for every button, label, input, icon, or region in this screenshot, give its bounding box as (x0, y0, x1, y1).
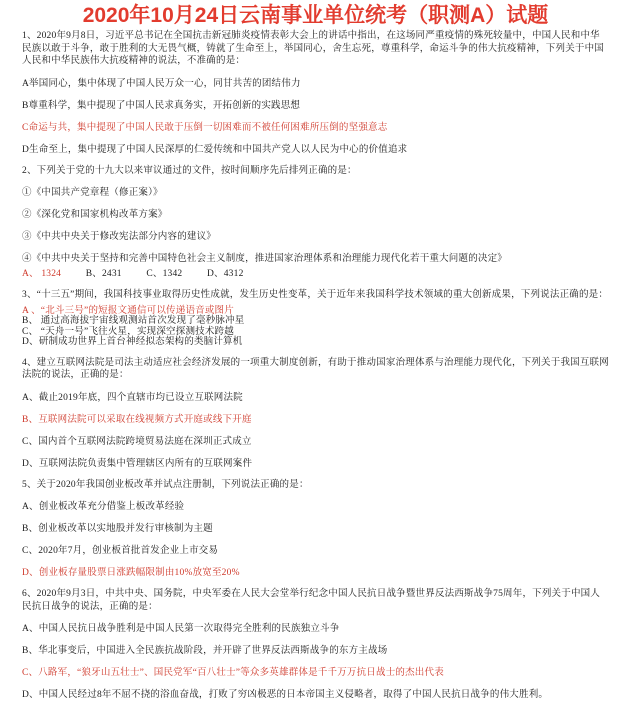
question-2-item-4: ④《中共中央关于坚持和完善中国特色社会主义制度，推进国家治理体系和治理能力现代化… (22, 253, 609, 265)
question-3: 3、“十三五”期间，我国科技事业取得历史性成就，发生历史性变革，关于近年来我国科… (22, 289, 609, 348)
question-2-item-1: ①《中国共产党章程（修正案）》 (22, 187, 609, 199)
question-4-option-b-answer: B、互联网法院可以采取在线视频方式开庭或线下开庭 (22, 414, 609, 426)
question-2-stem: 2、下列关于党的十九大以来审议通过的文件，按时间顺序先后排列正确的是： (22, 165, 609, 178)
question-5-option-d-answer: D、创业板存量股票日涨跌幅限制由10%放宽至20% (22, 567, 609, 579)
question-3-option-c: C、 “天舟一号”飞往火星，实现深空探测技术跨越 (22, 327, 609, 338)
question-2-choice-a-answer: A、 1324 (22, 269, 61, 279)
question-6-option-a: A、中国人民抗日战争胜利是中国人民第一次取得完全胜利的民族独立斗争 (22, 623, 609, 635)
question-1-option-b: B尊重科学，集中提现了中国人民求真务实，开拓创新的实践思想 (22, 100, 609, 112)
question-2-item-3: ③《中共中央关于修改宪法部分内容的建议》 (22, 231, 609, 243)
question-3-option-a-answer: A 、“北斗三号”的短报文通信可以传递语音或图片 (22, 306, 609, 317)
question-6-option-d: D、中国人民经过8年不屈不挠的浴血奋战，打败了穷凶极恶的日本帝国主义侵略者，取得… (22, 689, 609, 701)
question-4: 4、建立互联网法院是司法主动适应社会经济发展的一项重大制度创新，有助于推动国家治… (22, 357, 609, 470)
question-4-option-d: D、互联网法院负责集中管理辖区内所有的互联网案件 (22, 458, 609, 470)
question-3-option-d: D、研制成功世界上首台神经拟态架构的类脑计算机 (22, 337, 609, 348)
question-2-item-2: ②《深化党和国家机构改革方案》 (22, 209, 609, 221)
question-1-option-d: D生命至上，集中提现了中国人民深厚的仁爱传统和中国共产党人以人民为中心的价值追求 (22, 144, 609, 156)
question-4-stem: 4、建立互联网法院是司法主动适应社会经济发展的一项重大制度创新，有助于推动国家治… (22, 357, 609, 382)
question-1: 1、2020年9月8日，习近平总书记在全国抗击新冠肺炎疫情表彰大会上的讲话中指出… (22, 30, 609, 156)
question-6-option-c-answer: C、八路军，“狼牙山五壮士”、国民党军“百八壮士”等众多英雄群体是千千万万抗日战… (22, 667, 609, 679)
question-5-stem: 5、关于2020年我国创业板改革并试点注册制，下列说法正确的是： (22, 479, 609, 492)
question-5-option-c: C、2020年7月，创业板首批首发企业上市交易 (22, 545, 609, 557)
question-5: 5、关于2020年我国创业板改革并试点注册制，下列说法正确的是： A、创业板改革… (22, 479, 609, 580)
question-2-choice-b: B、2431 (86, 269, 122, 279)
question-5-option-a: A、创业板改革充分借鉴上板改革经验 (22, 501, 609, 513)
question-5-option-b: B、创业板改革以实地股并发行审核制为主题 (22, 523, 609, 535)
page-title: 2020年10月24日云南事业单位统考（职测A）试题 (22, 3, 609, 28)
question-3-option-b: B、 通过高海拔宇宙线观测站首次发现了毫秒脉冲星 (22, 316, 609, 327)
question-2-answer-row: A、 1324 B、2431 C、1342 D、4312 (22, 268, 609, 280)
question-4-option-a: A、截止2019年底，四个直辖市均已设立互联网法院 (22, 392, 609, 404)
question-6-option-b: B、华北事变后，中国进入全民族抗战阶段，并开辟了世界反法西斯战争的东方主战场 (22, 645, 609, 657)
question-1-stem: 1、2020年9月8日，习近平总书记在全国抗击新冠肺炎疫情表彰大会上的讲话中指出… (22, 30, 609, 68)
question-2: 2、下列关于党的十九大以来审议通过的文件，按时间顺序先后排列正确的是： ①《中国… (22, 165, 609, 281)
question-6-stem: 6、2020年9月3日，中共中央、国务院，中央军委在人民大会堂举行纪念中国人民抗… (22, 588, 609, 613)
question-1-option-c-answer: C命运与共，集中提现了中国人民敢于压倒一切困难而不被任何困难所压倒的坚强意志 (22, 122, 609, 134)
question-1-option-a: A举国同心，集中体现了中国人民万众一心，同甘共苦的团结伟力 (22, 78, 609, 90)
question-3-options: A 、“北斗三号”的短报文通信可以传递语音或图片 B、 通过高海拔宇宙线观测站首… (22, 306, 609, 348)
question-4-option-c: C、国内首个互联网法院跨境贸易法庭在深圳正式成立 (22, 436, 609, 448)
question-2-choice-c: C、1342 (146, 269, 182, 279)
question-6: 6、2020年9月3日，中共中央、国务院，中央军委在人民大会堂举行纪念中国人民抗… (22, 588, 609, 701)
question-2-choice-d: D、4312 (207, 269, 244, 279)
exam-paper-page: 2020年10月24日云南事业单位统考（职测A）试题 1、2020年9月8日，习… (0, 0, 627, 703)
question-3-stem: 3、“十三五”期间，我国科技事业取得历史性成就，发生历史性变革，关于近年来我国科… (22, 289, 609, 302)
